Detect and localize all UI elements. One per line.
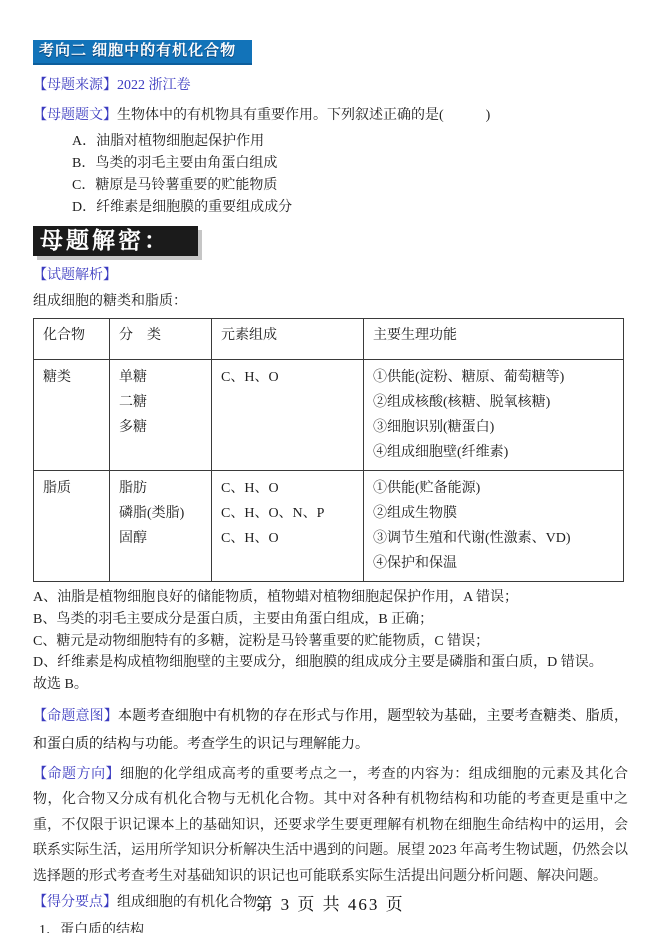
cell-elements: C、H、O C、H、O、N、P C、H、O [212,471,364,582]
cell-text: 糖类 [43,365,101,390]
cell-compound: 脂质 [34,471,110,582]
option-d: D．纤维素是细胞膜的重要组成成分 [72,200,628,215]
direction-paragraph: 【命题方向】细胞的化学组成高考的重要考点之一，考查的内容为：组成细胞的元素及其化… [33,762,628,890]
cell-text: ②组成核酸(核糖、脱氧核糖) [373,390,615,415]
col-header-category: 分 类 [110,319,212,360]
cell-text: ①供能(贮备能源) [373,476,615,501]
cell-compound: 糖类 [34,360,110,471]
cell-text: 多糖 [119,415,203,440]
cell-text: 脂质 [43,476,101,501]
table-row-lipids: 脂质 脂肪 磷脂(类脂) 固醇 C、H、O C、H、O、N、P C、H、O ①供… [34,471,624,582]
answer-analysis: A、油脂是植物细胞良好的储能物质，植物蜡对植物细胞起保护作用，A 错误； B、鸟… [33,587,628,696]
cell-types: 脂肪 磷脂(类脂) 固醇 [110,471,212,582]
source-value: 2022 浙江卷 [117,78,191,93]
cell-text: C、H、O [221,526,355,551]
direction-text: 细胞的化学组成高考的重要考点之一，考查的内容为：组成细胞的元素及其化合物，化合物… [33,767,628,884]
cell-text: ④组成细胞壁(纤维素) [373,440,615,465]
topic-banner: 考向二 细胞中的有机化合物 [33,40,252,65]
option-c: C．糖原是马铃薯重要的贮能物质 [72,178,628,193]
col-header-compound: 化合物 [34,319,110,360]
cell-elements: C、H、O [212,360,364,471]
decrypt-banner-row: 母题解密： [33,226,628,256]
intent-text: 本题考查细胞中有机物的存在形式与作用，题型较为基础，主要考查糖类、脂质，和蛋白质… [33,707,628,751]
col-header-elements: 元素组成 [212,319,364,360]
source-label: 【母题来源】 [33,78,117,93]
source-line: 【母题来源】2022 浙江卷 [33,76,628,95]
compound-table: 化合物 分 类 元素组成 主要生理功能 糖类 单糖 二糖 多糖 C、H、O ① [33,318,624,582]
cell-text: ③调节生殖和代谢(性激素、VD) [373,526,615,551]
intent-label: 【命题意图】 [33,707,118,723]
cell-text: C、H、O [221,476,355,501]
cell-text: 单糖 [119,365,203,390]
analysis-label-line: 【试题解析】 [33,267,628,285]
analysis-label: 【试题解析】 [33,268,117,283]
page-footer: 第 3 页 共 463 页 [0,890,660,915]
cell-functions: ①供能(贮备能源) ②组成生物膜 ③调节生殖和代谢(性激素、VD) ④保护和保温 [364,471,624,582]
decrypt-banner: 母题解密： [33,226,198,256]
intent-paragraph: 【命题意图】本题考查细胞中有机物的存在形式与作用，题型较为基础，主要考查糖类、脂… [33,701,628,757]
col-header-functions: 主要生理功能 [364,319,624,360]
cell-text: ②组成生物膜 [373,501,615,526]
table-row-sugars: 糖类 单糖 二糖 多糖 C、H、O ①供能(淀粉、糖原、葡萄糖等) ②组成核酸(… [34,360,624,471]
cell-text: C、H、O [221,365,355,390]
page-content: 考向二 细胞中的有机化合物 【母题来源】2022 浙江卷 【母题题文】生物体中的… [0,0,660,933]
cell-text: 固醇 [119,526,203,551]
analysis-line-b: B、鸟类的羽毛主要成分是蛋白质，主要由角蛋白组成，B 正确； [33,609,628,631]
cell-text: 脂肪 [119,476,203,501]
options-list: A．油脂对植物细胞起保护作用 B．鸟类的羽毛主要由角蛋白组成 C．糖原是马铃薯重… [33,134,628,215]
analysis-line-a: A、油脂是植物细胞良好的储能物质，植物蜡对植物细胞起保护作用，A 错误； [33,587,628,609]
direction-label: 【命题方向】 [33,767,120,782]
document-page: 考向二 细胞中的有机化合物 【母题来源】2022 浙江卷 【母题题文】生物体中的… [0,0,660,933]
analysis-intro: 组成细胞的糖类和脂质： [33,293,628,311]
cell-text: C、H、O、N、P [221,501,355,526]
cell-text: 磷脂(类脂) [119,501,203,526]
analysis-line-c: C、糖元是动物细胞特有的多糖，淀粉是马铃薯重要的贮能物质，C 错误； [33,631,628,653]
cell-text: ③细胞识别(糖蛋白) [373,415,615,440]
analysis-line-d: D、纤维素是构成植物细胞壁的主要成分，细胞膜的组成成分主要是磷脂和蛋白质，D 错… [33,652,628,674]
question-label: 【母题题文】 [33,108,117,123]
cell-functions: ①供能(淀粉、糖原、葡萄糖等) ②组成核酸(核糖、脱氧核糖) ③细胞识别(糖蛋白… [364,360,624,471]
option-b: B．鸟类的羽毛主要由角蛋白组成 [72,156,628,171]
question-stem-line: 【母题题文】生物体中的有机物具有重要作用。下列叙述正确的是( ) [33,106,628,125]
table-header-row: 化合物 分 类 元素组成 主要生理功能 [34,319,624,360]
question-stem: 生物体中的有机物具有重要作用。下列叙述正确的是( ) [117,108,490,123]
analysis-conclusion: 故选 B。 [33,674,628,696]
cell-types: 单糖 二糖 多糖 [110,360,212,471]
option-a: A．油脂对植物细胞起保护作用 [72,134,628,149]
cell-text: ①供能(淀粉、糖原、葡萄糖等) [373,365,615,390]
cell-text: 二糖 [119,390,203,415]
cell-text: ④保护和保温 [373,551,615,576]
protein-structure-item: 1．蛋白质的结构 [39,922,628,933]
